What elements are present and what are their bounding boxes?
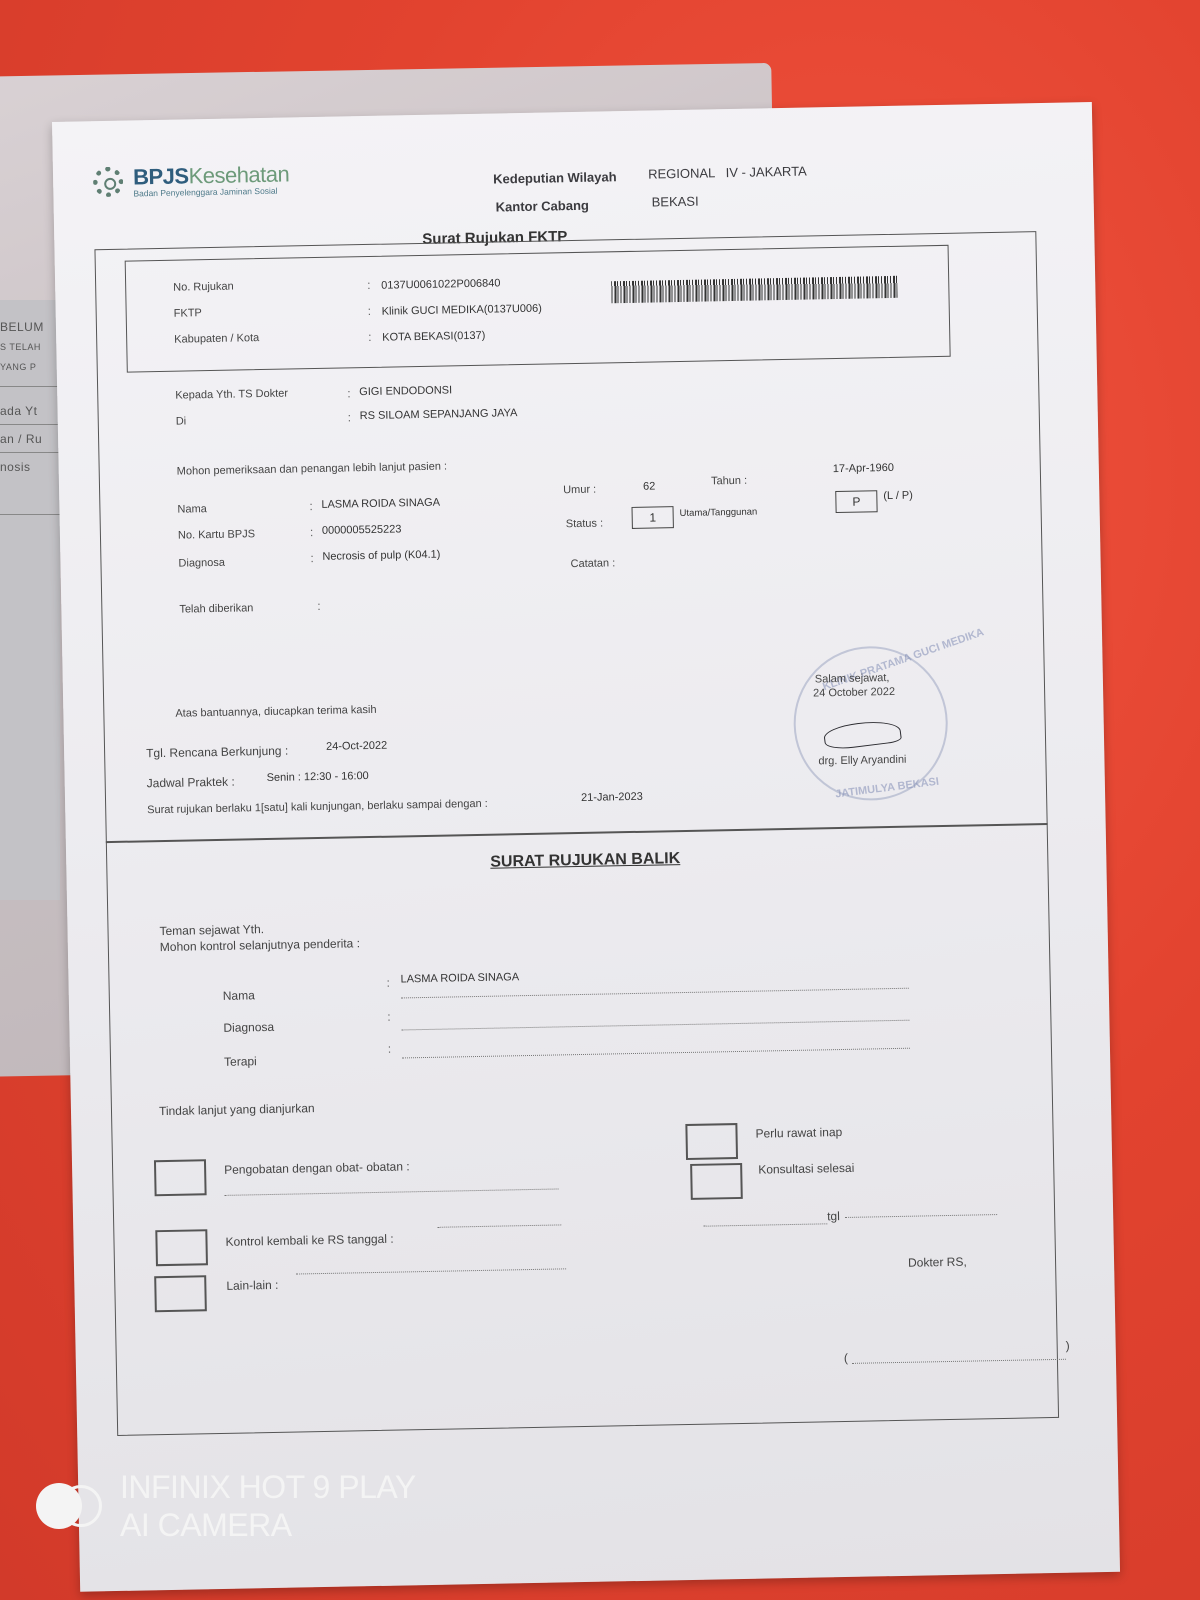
kantor-value: BEKASI <box>652 194 699 210</box>
fktp-label: FKTP <box>174 307 202 320</box>
kepada-label: Kepada Yth. TS Dokter <box>175 388 288 402</box>
fragment-text: nosis <box>0 460 31 474</box>
status-desc: Utama/Tanggunan <box>680 507 758 519</box>
terapi-label: Terapi <box>224 1054 257 1069</box>
status-label: Status : <box>566 517 604 530</box>
tindak-lanjut-label: Tindak lanjut yang dianjurkan <box>159 1101 315 1118</box>
tahun-label: Tahun : <box>711 475 747 488</box>
tahun-value: 17-Apr-1960 <box>833 462 894 475</box>
tgl-rencana-label: Tgl. Rencana Berkunjung : <box>146 744 288 761</box>
kabupaten-label: Kabupaten / Kota <box>174 332 259 346</box>
jadwal-label: Jadwal Praktek : <box>147 775 235 791</box>
jadwal-value: Senin : 12:30 - 16:00 <box>267 770 369 784</box>
fragment-text: S TELAH <box>0 342 41 352</box>
balik-diagnosa-label: Diagnosa <box>223 1020 274 1035</box>
underlying-document: BELUM S TELAH YANG P ada Yt an / Ru nosi… <box>0 300 60 900</box>
option-rawat-inap: Perlu rawat inap <box>755 1125 842 1141</box>
camera-ring-icon <box>60 1485 102 1527</box>
balik-nama-label: Nama <box>223 988 255 1003</box>
logo-subtitle: Badan Penyelenggara Jaminan Sosial <box>133 185 289 198</box>
diagnosa-value: Necrosis of pulp (K04.1) <box>322 549 440 563</box>
nama-value: LASMA ROIDA SINAGA <box>321 497 440 511</box>
checkbox-lain-lain[interactable] <box>154 1275 207 1312</box>
fragment-text: YANG P <box>0 362 36 372</box>
checkbox-rawat-inap[interactable] <box>685 1123 738 1160</box>
diagnosa-label: Diagnosa <box>178 557 225 570</box>
sex-box: P <box>835 490 877 513</box>
dokter-rs-label: Dokter RS, <box>908 1255 967 1270</box>
checkbox-konsultasi-selesai[interactable] <box>690 1163 743 1200</box>
greeting: Teman sejawat Yth. <box>159 922 264 938</box>
fragment-text: ada Yt <box>0 404 37 418</box>
sex-options: (L / P) <box>883 490 913 503</box>
camera-watermark: INFINIX HOT 9 PLAY AI CAMERA <box>36 1468 416 1544</box>
kepada-value: GIGI ENDODONSI <box>359 384 452 398</box>
logo-brand-light: Kesehatan <box>188 161 289 188</box>
doctor-name: drg. Elly Aryandini <box>818 754 906 768</box>
umur-value: 62 <box>643 480 655 492</box>
balik-nama-value: LASMA ROIDA SINAGA <box>400 971 519 985</box>
di-label: Di <box>176 415 187 427</box>
kedeputian-value: REGIONAL IV - JAKARTA <box>648 164 807 182</box>
fragment-text: BELUM <box>0 320 44 334</box>
kantor-label: Kantor Cabang <box>496 198 589 215</box>
telah-diberikan-label: Telah diberikan <box>179 602 253 615</box>
nama-label: Nama <box>177 503 207 516</box>
bpjs-logo: BPJSKesehatan Badan Penyelenggara Jamina… <box>93 161 290 199</box>
option-lain-lain: Lain-lain : <box>226 1278 278 1293</box>
status-box: 1 <box>631 506 673 529</box>
checkbox-pengobatan[interactable] <box>154 1159 207 1196</box>
no-rujukan-label: No. Rujukan <box>173 281 234 294</box>
watermark-line1: INFINIX HOT 9 PLAY <box>120 1468 416 1506</box>
tgl-label: tgl <box>827 1209 840 1223</box>
kedeputian-label: Kedeputian Wilayah <box>493 169 617 186</box>
watermark-line2: AI CAMERA <box>120 1506 416 1544</box>
umur-label: Umur : <box>563 484 596 497</box>
tgl-rencana-value: 24-Oct-2022 <box>326 740 387 753</box>
signature-close: ) <box>1066 1339 1070 1353</box>
catatan-label: Catatan : <box>570 557 615 570</box>
rujukan-balik-title: SURAT RUJUKAN BALIK <box>490 850 680 872</box>
checkbox-kontrol-kembali[interactable] <box>155 1229 208 1266</box>
kabupaten-value: KOTA BEKASI(0137) <box>382 330 485 344</box>
kartu-label: No. Kartu BPJS <box>178 528 255 541</box>
salam-date: 24 October 2022 <box>813 686 895 700</box>
signature-open: ( <box>844 1351 848 1365</box>
bpjs-emblem-icon <box>93 167 124 198</box>
fragment-text: an / Ru <box>0 432 42 446</box>
logo-brand-bold: BPJS <box>133 163 189 189</box>
no-rujukan-value: 0137U0061022P006840 <box>381 277 500 291</box>
referral-letter: BPJSKesehatan Badan Penyelenggara Jamina… <box>52 102 1120 1592</box>
kartu-value: 0000005525223 <box>322 523 402 537</box>
berlaku-value: 21-Jan-2023 <box>581 791 643 804</box>
option-konsultasi-selesai: Konsultasi selesai <box>758 1161 854 1177</box>
salam-text: Salam sejawat, <box>815 672 890 685</box>
